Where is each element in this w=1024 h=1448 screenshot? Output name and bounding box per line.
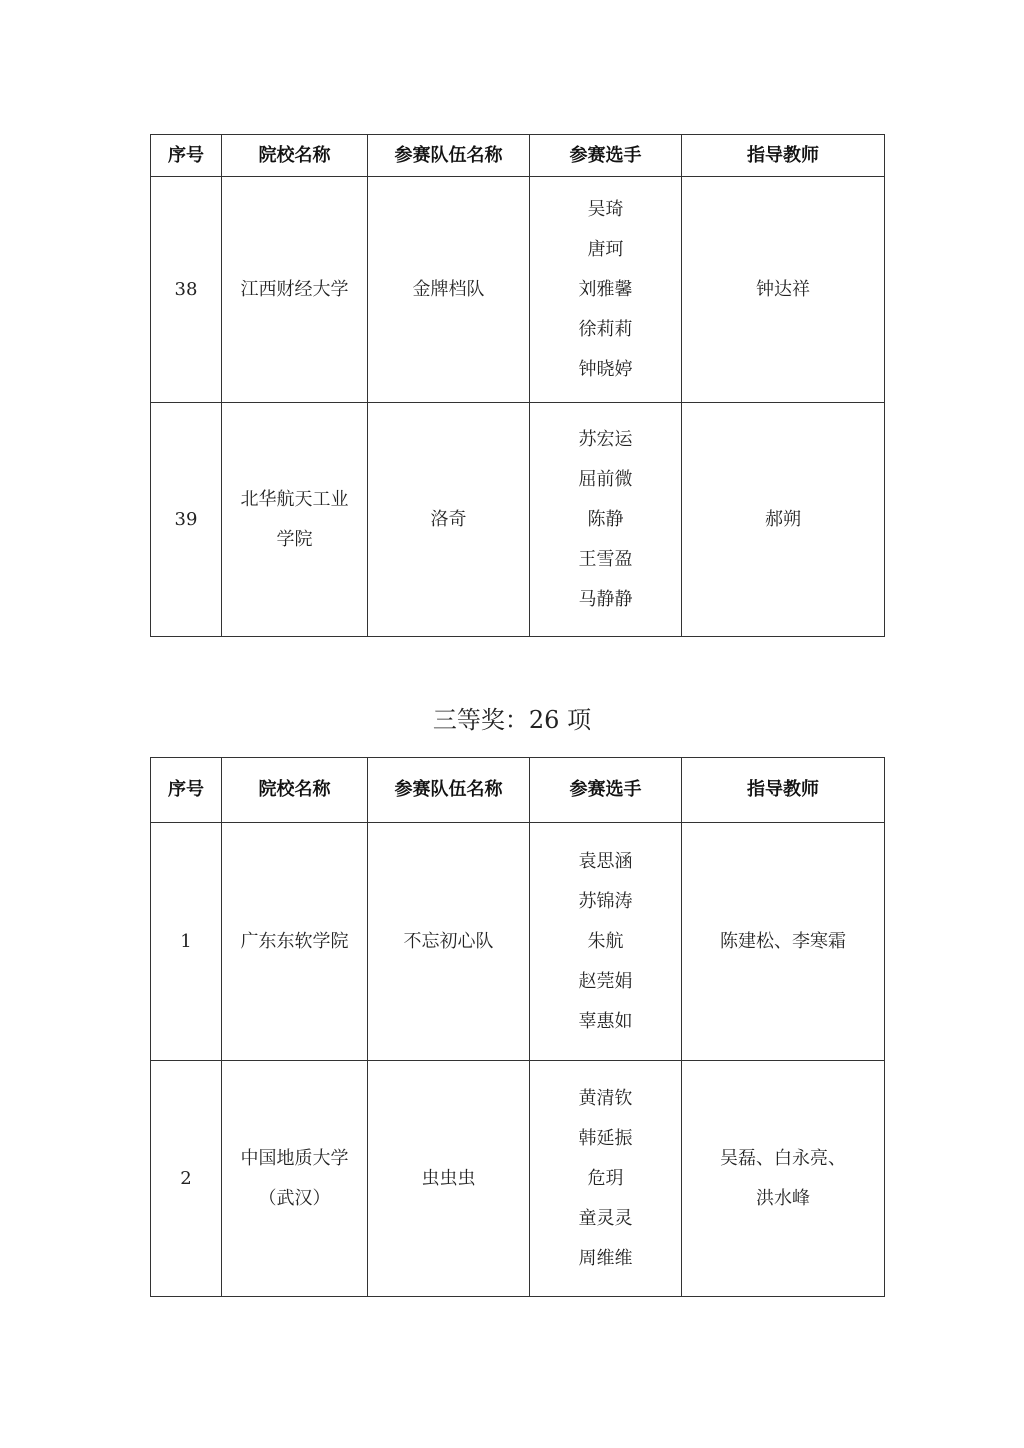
- player: 周维维: [530, 1239, 681, 1279]
- award-table-second-prize-continued: 序号 院校名称 参赛队伍名称 参赛选手 指导教师 38 江西财经大学 金牌档队 …: [150, 134, 885, 637]
- player: 苏宏运: [530, 420, 681, 460]
- row-advisors: 钟达祥: [682, 177, 885, 403]
- header-school: 院校名称: [222, 135, 368, 177]
- row-players: 苏宏运 屈前微 陈静 王雪盈 马静静: [530, 403, 682, 637]
- header-no: 序号: [151, 758, 222, 823]
- player: 刘雅馨: [530, 270, 681, 310]
- row-team: 洛奇: [368, 403, 530, 637]
- row-players: 吴琦 唐珂 刘雅馨 徐莉莉 钟晓婷: [530, 177, 682, 403]
- advisor-line: 郝朔: [682, 500, 884, 540]
- school-line: 北华航天工业: [222, 480, 367, 520]
- header-team: 参赛队伍名称: [368, 135, 530, 177]
- advisor-line: 陈建松、李寒霜: [682, 922, 884, 962]
- player: 韩延振: [530, 1119, 681, 1159]
- player: 吴琦: [530, 190, 681, 230]
- row-school: 江西财经大学: [222, 177, 368, 403]
- header-no: 序号: [151, 135, 222, 177]
- row-team: 金牌档队: [368, 177, 530, 403]
- row-team: 虫虫虫: [368, 1061, 530, 1297]
- row-no: 2: [151, 1061, 222, 1297]
- row-players: 袁思涵 苏锦涛 朱航 赵莞娟 辜惠如: [530, 823, 682, 1061]
- row-players: 黄清钦 韩延振 危玥 童灵灵 周维维: [530, 1061, 682, 1297]
- row-no: 1: [151, 823, 222, 1061]
- player: 辜惠如: [530, 1002, 681, 1042]
- player: 马静静: [530, 580, 681, 620]
- header-school: 院校名称: [222, 758, 368, 823]
- advisor-line: 洪水峰: [682, 1179, 884, 1219]
- advisor-line: 吴磊、白永亮、: [682, 1139, 884, 1179]
- player: 钟晓婷: [530, 350, 681, 390]
- advisor-line: 钟达祥: [682, 270, 884, 310]
- row-no: 39: [151, 403, 222, 637]
- player: 黄清钦: [530, 1079, 681, 1119]
- row-advisors: 郝朔: [682, 403, 885, 637]
- player: 屈前微: [530, 460, 681, 500]
- school-line: 广东东软学院: [222, 922, 367, 962]
- header-advisors: 指导教师: [682, 758, 885, 823]
- school-line: 江西财经大学: [222, 270, 367, 310]
- award-table-third-prize: 序号 院校名称 参赛队伍名称 参赛选手 指导教师 1 广东东软学院 不忘初心队 …: [150, 757, 885, 1297]
- player: 袁思涵: [530, 842, 681, 882]
- player: 陈静: [530, 500, 681, 540]
- table-row: 38 江西财经大学 金牌档队 吴琦 唐珂 刘雅馨 徐莉莉 钟晓婷 钟达祥: [151, 177, 885, 403]
- row-advisors: 陈建松、李寒霜: [682, 823, 885, 1061]
- player: 苏锦涛: [530, 882, 681, 922]
- row-advisors: 吴磊、白永亮、 洪水峰: [682, 1061, 885, 1297]
- table-row: 2 中国地质大学 （武汉） 虫虫虫 黄清钦 韩延振 危玥 童灵灵 周维维 吴磊、…: [151, 1061, 885, 1297]
- table-header-row: 序号 院校名称 参赛队伍名称 参赛选手 指导教师: [151, 758, 885, 823]
- row-no: 38: [151, 177, 222, 403]
- table-row: 39 北华航天工业 学院 洛奇 苏宏运 屈前微 陈静 王雪盈 马静静 郝朔: [151, 403, 885, 637]
- header-players: 参赛选手: [530, 758, 682, 823]
- player: 危玥: [530, 1159, 681, 1199]
- header-advisors: 指导教师: [682, 135, 885, 177]
- player: 朱航: [530, 922, 681, 962]
- player: 赵莞娟: [530, 962, 681, 1002]
- row-school: 中国地质大学 （武汉）: [222, 1061, 368, 1297]
- header-players: 参赛选手: [530, 135, 682, 177]
- player: 唐珂: [530, 230, 681, 270]
- school-line: 学院: [222, 520, 367, 560]
- header-team: 参赛队伍名称: [368, 758, 530, 823]
- row-team: 不忘初心队: [368, 823, 530, 1061]
- player: 徐莉莉: [530, 310, 681, 350]
- player: 童灵灵: [530, 1199, 681, 1239]
- row-school: 广东东软学院: [222, 823, 368, 1061]
- player: 王雪盈: [530, 540, 681, 580]
- row-school: 北华航天工业 学院: [222, 403, 368, 637]
- table-row: 1 广东东软学院 不忘初心队 袁思涵 苏锦涛 朱航 赵莞娟 辜惠如 陈建松、李寒…: [151, 823, 885, 1061]
- section-title-third-prize: 三等奖：26 项: [0, 700, 1024, 735]
- school-line: 中国地质大学: [222, 1139, 367, 1179]
- table-header-row: 序号 院校名称 参赛队伍名称 参赛选手 指导教师: [151, 135, 885, 177]
- school-line: （武汉）: [222, 1179, 367, 1219]
